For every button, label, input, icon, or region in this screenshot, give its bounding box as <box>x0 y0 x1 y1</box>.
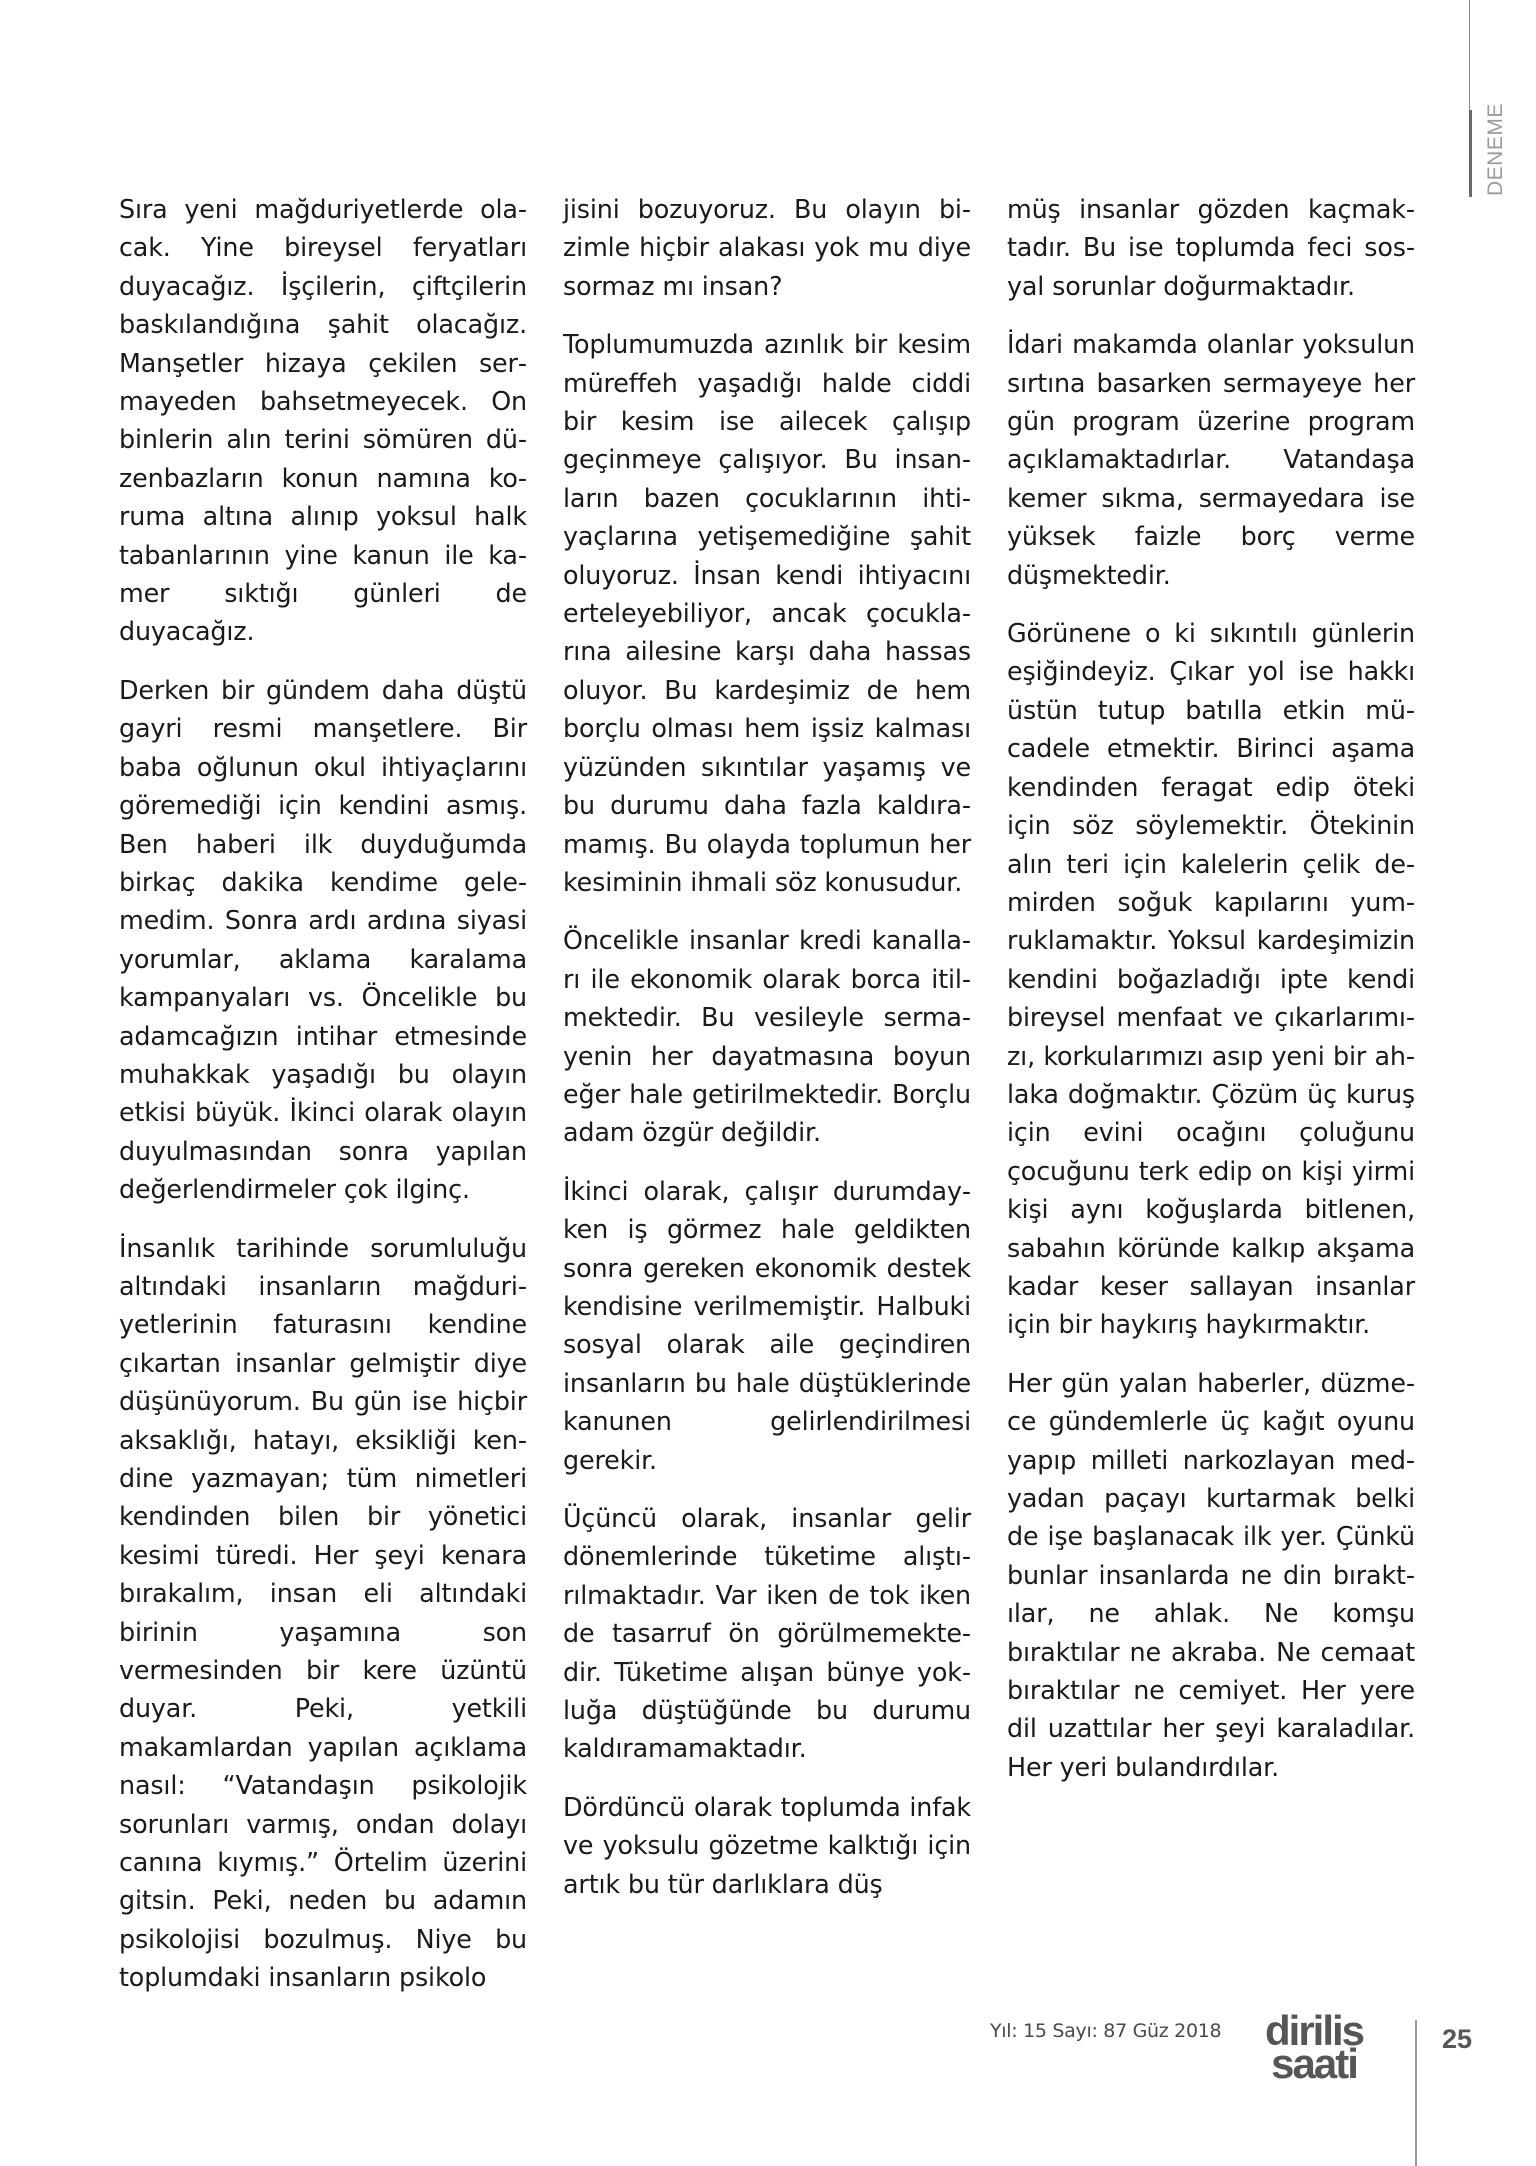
paragraph: Öncelikle insanlar kredi kanalla­rı ile … <box>563 921 971 1151</box>
article-column-1: Sıra yeni mağduriyetlerde ola­cak. Yine … <box>119 190 527 2017</box>
logo-line-2: saati <box>1265 2047 1363 2080</box>
paragraph: Toplumumuzda azınlık bir kesim müreffeh … <box>563 325 971 901</box>
issue-info: Yıl: 15 Sayı: 87 Güz 2018 <box>990 2020 1221 2042</box>
page-number: 25 <box>1442 2024 1472 2055</box>
paragraph: jisini bozuyoruz. Bu olayın bi­zimle hiç… <box>563 190 971 305</box>
footer-divider <box>1415 2020 1417 2166</box>
paragraph: Görünene o ki sıkıntılı günlerin eşiğind… <box>1007 614 1415 1344</box>
paragraph: Üçüncü olarak, insanlar gelir dönemlerin… <box>563 1499 971 1768</box>
paragraph: Sıra yeni mağduriyetlerde ola­cak. Yine … <box>119 190 527 651</box>
article-column-2: jisini bozuyoruz. Bu olayın bi­zimle hiç… <box>563 190 971 1923</box>
paragraph: Dördüncü olarak toplumda in­fak ve yoksu… <box>563 1788 971 1903</box>
paragraph: İnsanlık tarihinde sorumluluğu altındaki… <box>119 1229 527 1997</box>
paragraph: İkinci olarak, çalışır durumday­ken iş g… <box>563 1172 971 1479</box>
paragraph: müş insanlar gözden kaçmak­tadır. Bu ise… <box>1007 190 1415 305</box>
paragraph: İdari makamda olanlar yoksu­lun sırtına … <box>1007 325 1415 594</box>
paragraph: Her gün yalan haberler, düzme­ce gündeml… <box>1007 1364 1415 1786</box>
section-label: DENEME <box>1484 103 1508 196</box>
section-marker-bar <box>1469 110 1472 197</box>
article-column-3: müş insanlar gözden kaçmak­tadır. Bu ise… <box>1007 190 1415 1806</box>
paragraph: Derken bir gündem daha düş­tü gayri resm… <box>119 671 527 1209</box>
magazine-logo: dirilis saati <box>1265 2014 1363 2080</box>
header-rule <box>1469 0 1470 110</box>
